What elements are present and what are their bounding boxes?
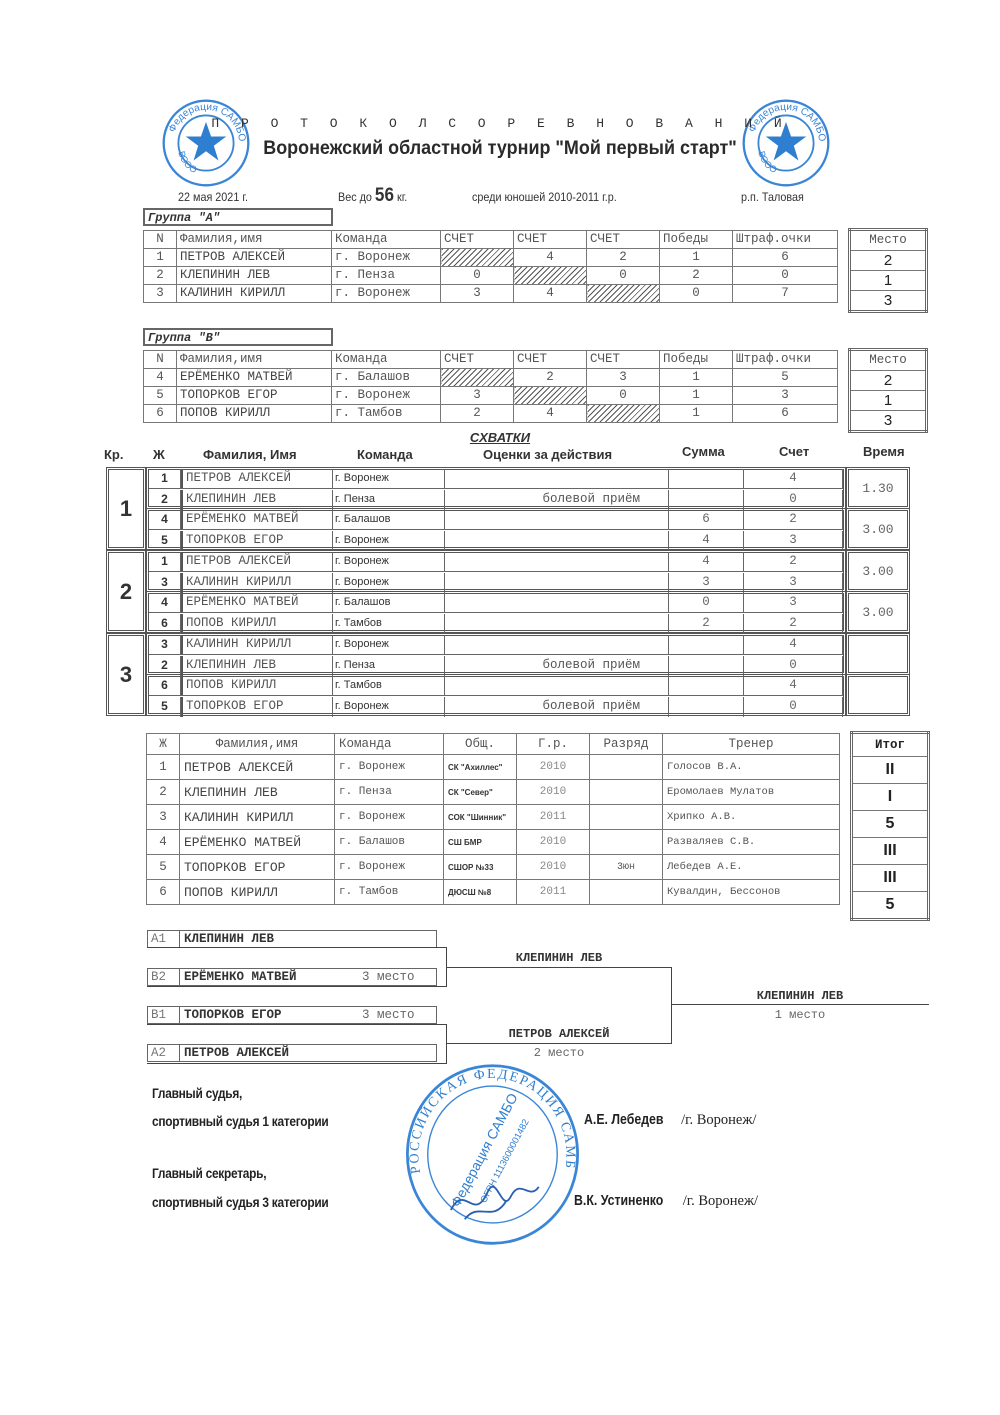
bout-row: 6ПОПОВ КИРИЛЛг. Тамбов22 xyxy=(149,614,843,634)
header-place: Место xyxy=(850,230,927,251)
athlete-name: ТОПОРКОВ ЕГОР xyxy=(180,855,335,880)
penalty-cell: 6 xyxy=(733,249,838,267)
lot-number: 3 xyxy=(147,805,180,830)
athlete-team: г. Балашов xyxy=(332,369,441,387)
bout-time: 3.00 xyxy=(846,550,910,592)
header-lot: Ж xyxy=(147,734,180,755)
bout-row: 4ЕРЁМЕНКО МАТВЕЙг. Балашов62 xyxy=(149,510,843,530)
group-row: 3КАЛИНИН КИРИЛЛг. Воронеж3407 xyxy=(144,285,838,303)
bout-time: 3.00 xyxy=(846,508,910,550)
seed-place: 3 место xyxy=(362,1008,415,1022)
seed-name: ЕРЁМЕНКО МАТВЕЙ xyxy=(180,969,362,985)
athlete-name: ПОПОВ КИРИЛЛ xyxy=(177,405,332,423)
athlete-number: 4 xyxy=(144,369,177,387)
bout-score: 0 xyxy=(744,490,843,510)
action-scores xyxy=(445,635,669,654)
lot-number: 4 xyxy=(147,830,180,855)
action-scores xyxy=(445,469,669,488)
results-row: 1ПЕТРОВ АЛЕКСЕЙг. ВоронежСК "Ахиллес"201… xyxy=(147,755,840,780)
fighter-name: ПОПОВ КИРИЛЛ xyxy=(181,614,333,634)
round-number: 2 xyxy=(106,550,146,633)
col-team: Команда xyxy=(357,447,413,462)
self-cell xyxy=(514,267,587,285)
header-penalty: Штраф.очки xyxy=(733,231,838,249)
header-n: N xyxy=(144,351,177,369)
bracket-seed: B1ТОПОРКОВ ЕГОР3 место xyxy=(147,1006,437,1024)
col-actions: Оценки за действия xyxy=(483,447,612,462)
bout-pair: 4ЕРЁМЕНКО МАТВЕЙг. Балашов036ПОПОВ КИРИЛ… xyxy=(146,591,846,633)
fighter-name: ТОПОРКОВ ЕГОР xyxy=(181,531,333,551)
athlete-name: ТОПОРКОВ ЕГОР xyxy=(177,387,332,405)
seed-code: A2 xyxy=(148,1045,180,1061)
seed-code: A1 xyxy=(148,931,180,947)
chief-judge-title-2: спортивный судья 1 категории xyxy=(152,1113,328,1129)
sport-rank xyxy=(590,830,663,855)
action-scores: болевой приём xyxy=(445,697,669,717)
lot-number: 1 xyxy=(149,552,181,571)
fighter-team: г. Воронеж xyxy=(333,531,445,551)
score-cell: 4 xyxy=(514,249,587,267)
header-team: Команда xyxy=(335,734,444,755)
bout-score: 4 xyxy=(744,469,843,488)
seed-name: КЛЕПИНИН ЛЕВ xyxy=(180,931,362,947)
self-cell xyxy=(587,405,660,423)
athlete-team: г. Тамбов xyxy=(332,405,441,423)
chief-judge-name: А.Е. Лебедев xyxy=(584,1112,663,1128)
fighter-name: ТОПОРКОВ ЕГОР xyxy=(181,697,333,717)
sport-rank xyxy=(590,780,663,805)
header-year: Г.р. xyxy=(517,734,590,755)
fighter-name: КАЛИНИН КИРИЛЛ xyxy=(181,635,333,654)
athlete-number: 5 xyxy=(144,387,177,405)
final-place: III xyxy=(852,838,929,865)
action-scores xyxy=(445,614,669,634)
points-sum xyxy=(669,635,744,654)
svg-text:РОССИЙСКАЯ ФЕДЕРАЦИЯ САМБО: РОССИЙСКАЯ ФЕДЕРАЦИЯ САМБО xyxy=(400,1062,578,1175)
chief-secretary-title-2: спортивный судья 3 категории xyxy=(152,1194,328,1210)
athlete-club: СШОР №33 xyxy=(444,855,517,880)
event-date: 22 мая 2021 г. xyxy=(178,190,248,204)
action-scores: болевой приём xyxy=(445,656,669,676)
bout-row: 6ПОПОВ КИРИЛЛг. Тамбов4 xyxy=(149,676,843,696)
points-sum xyxy=(669,469,744,488)
bout-pair: 1ПЕТРОВ АЛЕКСЕЙг. Воронеж42КЛЕПИНИН ЛЕВг… xyxy=(146,467,846,509)
bout-pair: 3КАЛИНИН КИРИЛЛг. Воронеж42КЛЕПИНИН ЛЕВг… xyxy=(146,633,846,675)
athlete-name: КЛЕПИНИН ЛЕВ xyxy=(177,267,332,285)
bracket-seed: B2ЕРЁМЕНКО МАТВЕЙ3 место xyxy=(147,968,437,986)
group-row: 4ЕРЁМЕНКО МАТВЕЙг. Балашов2315 xyxy=(144,369,838,387)
fighter-team: г. Пенза xyxy=(333,490,445,510)
athlete-number: 1 xyxy=(144,249,177,267)
score-cell: 4 xyxy=(514,405,587,423)
final-place: 5 xyxy=(852,892,929,920)
fighter-name: КЛЕПИНИН ЛЕВ xyxy=(181,656,333,676)
lot-number: 6 xyxy=(149,614,181,634)
score-cell: 0 xyxy=(441,267,514,285)
athlete-team: г. Воронеж xyxy=(332,285,441,303)
chief-secretary-name: В.К. Устиненко xyxy=(574,1193,663,1209)
athlete-name: КЛЕПИНИН ЛЕВ xyxy=(180,780,335,805)
place-cell: 3 xyxy=(850,411,927,432)
action-scores: болевой приём xyxy=(445,490,669,510)
athlete-club: СК "Ахиллес" xyxy=(444,755,517,780)
lot-number: 4 xyxy=(149,593,181,612)
lot-number: 2 xyxy=(147,780,180,805)
bout-row: 3КАЛИНИН КИРИЛЛг. Воронеж33 xyxy=(149,573,843,593)
athlete-name: ПОПОВ КИРИЛЛ xyxy=(180,880,335,905)
action-scores xyxy=(445,552,669,571)
fighter-name: ПЕТРОВ АЛЕКСЕЙ xyxy=(181,552,333,571)
score-cell: 2 xyxy=(587,249,660,267)
penalty-cell: 7 xyxy=(733,285,838,303)
bout-row: 5ТОПОРКОВ ЕГОРг. Воронеж43 xyxy=(149,531,843,551)
round-number: 1 xyxy=(106,467,146,550)
lot-number: 6 xyxy=(147,880,180,905)
bout-time xyxy=(846,674,910,716)
col-score: Счет xyxy=(779,444,809,459)
final-place-column: ИтогIII5IIIIII5 xyxy=(850,731,930,921)
lot-number: 1 xyxy=(149,469,181,488)
penalty-cell: 0 xyxy=(733,267,838,285)
bout-row: 4ЕРЁМЕНКО МАТВЕЙг. Балашов03 xyxy=(149,593,843,613)
lot-number: 5 xyxy=(149,697,181,717)
place-cell: 2 xyxy=(850,251,927,271)
seed-name: ПЕТРОВ АЛЕКСЕЙ xyxy=(180,1045,362,1061)
bout-pair: 4ЕРЁМЕНКО МАТВЕЙг. Балашов625ТОПОРКОВ ЕГ… xyxy=(146,508,846,550)
group-table: NФамилия,имяКомандаСЧЕТСЧЕТСЧЕТПобедыШтр… xyxy=(143,230,838,303)
place-cell: 1 xyxy=(850,271,927,291)
chief-judge-title-1: Главный судья, xyxy=(152,1085,242,1101)
points-sum xyxy=(669,490,744,510)
first-place-label: 1 место xyxy=(700,1008,900,1022)
final-place: 5 xyxy=(852,811,929,838)
results-row: 3КАЛИНИН КИРИЛЛг. ВоронежСОК "Шинник"201… xyxy=(147,805,840,830)
bout-row: 1ПЕТРОВ АЛЕКСЕЙг. Воронеж42 xyxy=(149,552,843,572)
penalty-cell: 5 xyxy=(733,369,838,387)
seed-place: 3 место xyxy=(362,970,415,984)
bout-score: 2 xyxy=(744,614,843,634)
group-row: 6ПОПОВ КИРИЛЛг. Тамбов2416 xyxy=(144,405,838,423)
wins-cell: 2 xyxy=(660,267,733,285)
header-wins: Победы xyxy=(660,231,733,249)
athlete-team: г. Воронеж xyxy=(335,755,444,780)
group-title: Группа "А" xyxy=(143,208,333,226)
fighter-name: ЕРЁМЕНКО МАТВЕЙ xyxy=(181,510,333,529)
group-row: 5ТОПОРКОВ ЕГОРг. Воронеж3013 xyxy=(144,387,838,405)
bout-row: 2КЛЕПИНИН ЛЕВг. Пензаболевой приём0 xyxy=(149,490,843,510)
bracket-line xyxy=(147,986,447,987)
header-name: Фамилия,имя xyxy=(177,231,332,249)
bout-score: 3 xyxy=(744,593,843,612)
action-scores xyxy=(445,593,669,612)
birth-year: 2011 xyxy=(517,880,590,905)
athlete-team: г. Воронеж xyxy=(332,249,441,267)
header-score: СЧЕТ xyxy=(441,351,514,369)
bout-score: 4 xyxy=(744,635,843,654)
results-row: 6ПОПОВ КИРИЛЛг. ТамбовДЮСШ №82011Кувалди… xyxy=(147,880,840,905)
age-group: среди юношей 2010-2011 г.р. xyxy=(472,190,617,204)
header-score: СЧЕТ xyxy=(587,351,660,369)
semi-winner-bottom: ПЕТРОВ АЛЕКСЕЙ xyxy=(446,1027,672,1041)
score-cell: 2 xyxy=(441,405,514,423)
fighter-team: г. Воронеж xyxy=(333,573,445,593)
header-rank: Разряд xyxy=(590,734,663,755)
fighter-team: г. Балашов xyxy=(333,593,445,612)
bout-time: 1.30 xyxy=(846,467,910,509)
fighter-team: г. Воронеж xyxy=(333,552,445,571)
action-scores xyxy=(445,676,669,695)
place-cell: 3 xyxy=(850,291,927,312)
wins-cell: 1 xyxy=(660,405,733,423)
group-row: 2КЛЕПИНИН ЛЕВг. Пенза0020 xyxy=(144,267,838,285)
seed-code: B1 xyxy=(148,1007,180,1023)
bout-row: 1ПЕТРОВ АЛЕКСЕЙг. Воронеж4 xyxy=(149,469,843,489)
self-cell xyxy=(514,387,587,405)
header-final: Итог xyxy=(852,733,929,757)
penalty-cell: 6 xyxy=(733,405,838,423)
bracket-line xyxy=(446,967,672,968)
trainer-name: Хрипко А.В. xyxy=(663,805,840,830)
bout-score: 2 xyxy=(744,552,843,571)
self-cell xyxy=(587,285,660,303)
official-stamp: РОССИЙСКАЯ ФЕДЕРАЦИЯ САМБО Федерация САМ… xyxy=(400,1062,585,1247)
final-winner: КЛЕПИНИН ЛЕВ xyxy=(700,989,900,1003)
header-n: N xyxy=(144,231,177,249)
place-column: Место213 xyxy=(848,228,928,313)
sport-rank xyxy=(590,880,663,905)
athlete-number: 6 xyxy=(144,405,177,423)
penalty-cell: 3 xyxy=(733,387,838,405)
seed-code: B2 xyxy=(148,969,180,985)
col-sum: Сумма xyxy=(682,444,725,459)
header-score: СЧЕТ xyxy=(514,351,587,369)
bout-score: 0 xyxy=(744,656,843,676)
chief-judge-signature: А.Е. Лебедев /г. Воронеж/ xyxy=(584,1112,756,1129)
weight-value: 56 xyxy=(375,185,394,206)
bracket-seed: A1КЛЕПИНИН ЛЕВ xyxy=(147,930,437,948)
athlete-team: г. Воронеж xyxy=(335,855,444,880)
lot-number: 3 xyxy=(149,635,181,654)
sport-rank xyxy=(590,805,663,830)
score-cell: 0 xyxy=(587,387,660,405)
header-place: Место xyxy=(850,350,927,371)
fighter-team: г. Тамбов xyxy=(333,676,445,695)
fighter-team: г. Балашов xyxy=(333,510,445,529)
final-results-table: ЖФамилия,имяКомандаОбщ.Г.р.РазрядТренер1… xyxy=(146,733,840,905)
header-wins: Победы xyxy=(660,351,733,369)
bracket-line xyxy=(446,1043,672,1044)
semi-winner-top: КЛЕПИНИН ЛЕВ xyxy=(446,951,672,965)
wins-cell: 1 xyxy=(660,369,733,387)
bout-time: 3.00 xyxy=(846,591,910,633)
bracket-seed: A2ПЕТРОВ АЛЕКСЕЙ xyxy=(147,1044,437,1062)
bout-row: 2КЛЕПИНИН ЛЕВг. Пензаболевой приём0 xyxy=(149,656,843,676)
lot-number: 1 xyxy=(147,755,180,780)
bout-score: 0 xyxy=(744,697,843,717)
bout-score: 3 xyxy=(744,573,843,593)
points-sum: 4 xyxy=(669,531,744,551)
tournament-title: Воронежский областной турнир "Мой первый… xyxy=(40,137,960,160)
bracket-line xyxy=(147,947,447,948)
results-row: 4ЕРЁМЕНКО МАТВЕЙг. БалашовСШ БМР2010Разв… xyxy=(147,830,840,855)
seed-name: ТОПОРКОВ ЕГОР xyxy=(180,1007,362,1023)
final-place: II xyxy=(852,757,929,784)
header-name: Фамилия,имя xyxy=(180,734,335,755)
action-scores xyxy=(445,531,669,551)
wins-cell: 1 xyxy=(660,387,733,405)
fighter-team: г. Тамбов xyxy=(333,614,445,634)
bout-pair: 1ПЕТРОВ АЛЕКСЕЙг. Воронеж423КАЛИНИН КИРИ… xyxy=(146,550,846,592)
points-sum xyxy=(669,697,744,717)
athlete-name: КАЛИНИН КИРИЛЛ xyxy=(180,805,335,830)
header-score: СЧЕТ xyxy=(587,231,660,249)
place-column: Место213 xyxy=(848,348,928,433)
self-cell xyxy=(441,249,514,267)
col-name: Фамилия, Имя xyxy=(203,447,297,462)
bout-score: 2 xyxy=(744,510,843,529)
fighter-team: г. Воронеж xyxy=(333,469,445,488)
sport-rank xyxy=(590,755,663,780)
header-team: Команда xyxy=(332,351,441,369)
weight-category: Вес до 56 кг. xyxy=(338,185,407,207)
trainer-name: Разваляев С.В. xyxy=(663,830,840,855)
athlete-number: 2 xyxy=(144,267,177,285)
place-cell: 1 xyxy=(850,391,927,411)
score-cell: 3 xyxy=(587,369,660,387)
score-cell: 4 xyxy=(514,285,587,303)
col-lot: Ж xyxy=(153,447,165,462)
chief-secretary-title-1: Главный секретарь, xyxy=(152,1165,266,1181)
athlete-team: г. Балашов xyxy=(335,830,444,855)
points-sum xyxy=(669,676,744,695)
place-cell: 2 xyxy=(850,371,927,391)
bouts-section-title: СХВАТКИ xyxy=(0,430,1000,445)
athlete-club: СШ БМР xyxy=(444,830,517,855)
header-club: Общ. xyxy=(444,734,517,755)
group-header-row: NФамилия,имяКомандаСЧЕТСЧЕТСЧЕТПобедыШтр… xyxy=(144,231,838,249)
col-time: Время xyxy=(863,444,905,459)
trainer-name: Лебедев А.Е. xyxy=(663,855,840,880)
header-trainer: Тренер xyxy=(663,734,840,755)
results-header-row: ЖФамилия,имяКомандаОбщ.Г.р.РазрядТренер xyxy=(147,734,840,755)
fighter-name: КЛЕПИНИН ЛЕВ xyxy=(181,490,333,510)
birth-year: 2010 xyxy=(517,855,590,880)
bout-score: 4 xyxy=(744,676,843,695)
final-place: I xyxy=(852,784,929,811)
score-cell: 3 xyxy=(441,387,514,405)
athlete-name: ЕРЁМЕНКО МАТВЕЙ xyxy=(177,369,332,387)
points-sum: 2 xyxy=(669,614,744,634)
bracket-line xyxy=(147,1024,447,1025)
athlete-team: г. Тамбов xyxy=(335,880,444,905)
athlete-number: 3 xyxy=(144,285,177,303)
self-cell xyxy=(441,369,514,387)
trainer-name: Голосов В.А. xyxy=(663,755,840,780)
athlete-name: КАЛИНИН КИРИЛЛ xyxy=(177,285,332,303)
stamp-outer-text: РОССИЙСКАЯ ФЕДЕРАЦИЯ САМБО xyxy=(400,1062,578,1175)
points-sum: 4 xyxy=(669,552,744,571)
fighter-name: ПОПОВ КИРИЛЛ xyxy=(181,676,333,695)
points-sum: 0 xyxy=(669,593,744,612)
event-location: р.п. Таловая xyxy=(741,190,804,204)
final-place: III xyxy=(852,865,929,892)
athlete-name: ПЕТРОВ АЛЕКСЕЙ xyxy=(177,249,332,267)
header-name: Фамилия,имя xyxy=(177,351,332,369)
athlete-team: г. Пенза xyxy=(332,267,441,285)
header-team: Команда xyxy=(332,231,441,249)
second-place-label: 2 место xyxy=(446,1046,672,1060)
bracket-line xyxy=(671,1004,929,1005)
bout-score: 3 xyxy=(744,531,843,551)
results-row: 2КЛЕПИНИН ЛЕВг. ПензаСК "Север"2010Еромо… xyxy=(147,780,840,805)
bout-time xyxy=(846,633,910,675)
trainer-name: Еромолаев Мулатов xyxy=(663,780,840,805)
fighter-name: ЕРЁМЕНКО МАТВЕЙ xyxy=(181,593,333,612)
action-scores xyxy=(445,510,669,529)
birth-year: 2010 xyxy=(517,830,590,855)
group-header-row: NФамилия,имяКомандаСЧЕТСЧЕТСЧЕТПобедыШтр… xyxy=(144,351,838,369)
lot-number: 6 xyxy=(149,676,181,695)
fighter-team: г. Воронеж xyxy=(333,635,445,654)
bout-pair: 6ПОПОВ КИРИЛЛг. Тамбов45ТОПОРКОВ ЕГОРг. … xyxy=(146,674,846,716)
score-cell: 2 xyxy=(514,369,587,387)
lot-number: 5 xyxy=(147,855,180,880)
trainer-name: Кувалдин, Бессонов xyxy=(663,880,840,905)
lot-number: 4 xyxy=(149,510,181,529)
athlete-team: г. Пенза xyxy=(335,780,444,805)
header-score: СЧЕТ xyxy=(441,231,514,249)
lot-number: 2 xyxy=(149,490,181,510)
lot-number: 5 xyxy=(149,531,181,551)
lot-number: 2 xyxy=(149,656,181,676)
birth-year: 2010 xyxy=(517,755,590,780)
score-cell: 0 xyxy=(587,267,660,285)
wins-cell: 1 xyxy=(660,249,733,267)
sport-rank: 3юн xyxy=(590,855,663,880)
fighter-name: КАЛИНИН КИРИЛЛ xyxy=(181,573,333,593)
birth-year: 2010 xyxy=(517,780,590,805)
round-number: 3 xyxy=(106,633,146,716)
birth-year: 2011 xyxy=(517,805,590,830)
points-sum: 6 xyxy=(669,510,744,529)
group-row: 1ПЕТРОВ АЛЕКСЕЙг. Воронеж4216 xyxy=(144,249,838,267)
fighter-team: г. Воронеж xyxy=(333,697,445,717)
action-scores xyxy=(445,573,669,593)
athlete-name: ПЕТРОВ АЛЕКСЕЙ xyxy=(180,755,335,780)
fighter-team: г. Пенза xyxy=(333,656,445,676)
athlete-name: ЕРЁМЕНКО МАТВЕЙ xyxy=(180,830,335,855)
bout-row: 5ТОПОРКОВ ЕГОРг. Воронежболевой приём0 xyxy=(149,697,843,717)
chief-secretary-signature: В.К. Устиненко /г. Воронеж/ xyxy=(574,1193,758,1210)
athlete-team: г. Воронеж xyxy=(332,387,441,405)
group-title: Группа "В" xyxy=(143,328,333,346)
athlete-club: СК "Север" xyxy=(444,780,517,805)
bout-row: 3КАЛИНИН КИРИЛЛг. Воронеж4 xyxy=(149,635,843,655)
header-score: СЧЕТ xyxy=(514,231,587,249)
score-cell: 3 xyxy=(441,285,514,303)
athlete-club: ДЮСШ №8 xyxy=(444,880,517,905)
protocol-title: П Р О Т О К О Л С О Р Е В Н О В А Н И Й xyxy=(0,116,1000,131)
group-table: NФамилия,имяКомандаСЧЕТСЧЕТСЧЕТПобедыШтр… xyxy=(143,350,838,423)
col-round: Кр. xyxy=(104,447,124,462)
fighter-name: ПЕТРОВ АЛЕКСЕЙ xyxy=(181,469,333,488)
points-sum: 3 xyxy=(669,573,744,593)
results-row: 5ТОПОРКОВ ЕГОРг. ВоронежСШОР №3320103юнЛ… xyxy=(147,855,840,880)
athlete-club: СОК "Шинник" xyxy=(444,805,517,830)
athlete-team: г. Воронеж xyxy=(335,805,444,830)
wins-cell: 0 xyxy=(660,285,733,303)
header-penalty: Штраф.очки xyxy=(733,351,838,369)
